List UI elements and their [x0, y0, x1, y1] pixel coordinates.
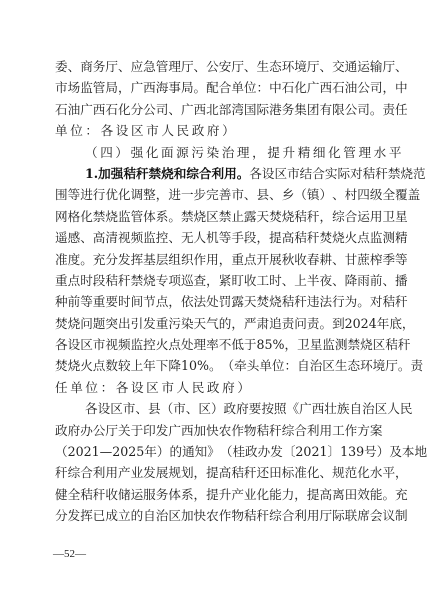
text-line: 遥感、高清视频监控、无人机等手段，提高秸秆焚烧火点监测精 — [55, 227, 379, 248]
text-line: 单位：各设区市人民政府） — [55, 120, 379, 141]
text-line: 焚烧问题突出引发重污染天气的，严肃追责问责。到2024年底， — [55, 313, 379, 334]
page-number: —52— — [53, 548, 86, 560]
document-page: 委、商务厅、应急管理厅、公安厅、生态环境厅、交通运输厅、 市场监管局，广西海事局… — [0, 0, 427, 604]
text-line: 准度。充分发挥基层组织作用，重点开展秋收春耕、甘蔗榨季等 — [55, 249, 379, 270]
text-line: 种前等重要时间节点，依法处罚露天焚烧秸秆违法行为。对秸秆 — [55, 291, 379, 312]
line-text: （四）强化面源污染治理，提升精细化管理水平 — [85, 142, 404, 163]
body-text: 委、商务厅、应急管理厅、公安厅、生态环境厅、交通运输厅、 市场监管局，广西海事局… — [55, 56, 379, 527]
text-line: 各设区市视频监控火点处理率不低于85%，卫星监测禁烧区秸秆 — [55, 334, 379, 355]
text-line: 秆综合利用产业发展规划，提高秸秆还田标准化、规范化水平， — [55, 462, 379, 483]
text-line: 重点时段秸秆禁烧专项巡查，紧盯收工时、上半夜、降雨前、播 — [55, 270, 379, 291]
text-line: 网格化禁烧监管体系。禁烧区禁止露天焚烧秸秆，综合运用卫星 — [55, 206, 379, 227]
text-line: 市场监管局，广西海事局。配合单位：中石化广西石油公司，中 — [55, 77, 379, 98]
line-text: 单位：各设区市人民政府） — [55, 120, 237, 141]
text-line: 石油广西石化分公司、广西北部湾国际港务集团有限公司。责任 — [55, 99, 379, 120]
text-line: 委、商务厅、应急管理厅、公安厅、生态环境厅、交通运输厅、 — [55, 56, 379, 77]
text-line: 任单位：各设区市人民政府） — [55, 377, 379, 398]
text-line: （2021—2025年）的通知》（桂政办发〔2021〕139号）及本地秸 — [55, 441, 379, 462]
text-line-paragraph-start: 各设区市、县（市、区）政府要按照《广西壮族自治区人民 — [55, 398, 379, 419]
section-heading: （四）强化面源污染治理，提升精细化管理水平 — [55, 142, 379, 163]
line-text: 任单位：各设区市人民政府） — [55, 377, 253, 398]
text-line: 健全秸秆收储运服务体系，提升产业化能力，提高离田效能。充 — [55, 484, 379, 505]
text-line-bold-lead: 1.加强秸秆禁烧和综合利用。各设区市结合实际对秸秆禁烧范 — [55, 163, 379, 184]
text-line: 政府办公厅关于印发广西加快农作物秸秆综合利用工作方案 — [55, 420, 379, 441]
text-line: 分发挥已成立的自治区加快农作物秸秆综合利用厅际联席会议制 — [55, 505, 379, 526]
text-line: 焚烧火点数较上年下降10%。（牵头单位：自治区生态环境厅。责 — [55, 355, 379, 376]
text-line: 围等进行优化调整，进一步完善市、县、乡（镇）、村四级全覆盖 — [55, 184, 379, 205]
